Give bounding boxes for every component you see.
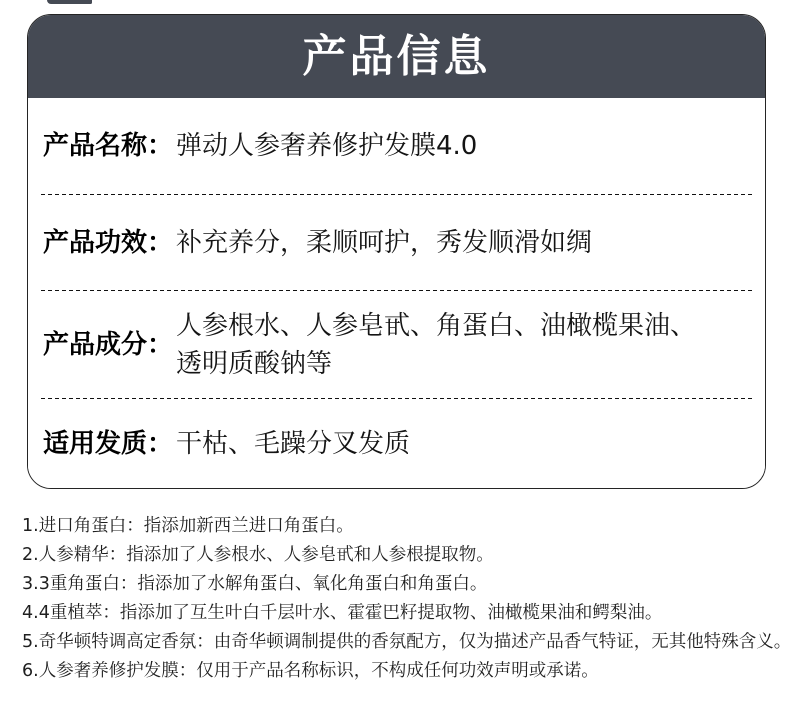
- footnote-6: 6.人参奢养修护发膜：仅用于产品名称标识，不构成任何功效声明或承诺。: [22, 657, 782, 686]
- row-product-name-value: 弹动人参奢养修护发膜4.0: [174, 127, 477, 165]
- card-header: 产品信息: [28, 15, 765, 98]
- product-attribute-list: 产品名称： 弹动人参奢养修护发膜4.0 产品功效： 补充养分，柔顺呵护，秀发顺滑…: [28, 98, 765, 488]
- row-product-ingredients-value: 人参根水、人参皂甙、角蛋白、油橄榄果油、 透明质酸钠等: [174, 307, 696, 383]
- row-suitable-hair-type-label: 适用发质：: [43, 425, 174, 463]
- footnote-4: 4.4重植萃：指添加了互生叶白千层叶水、霍霍巴籽提取物、油橄榄果油和鳄梨油。: [22, 599, 782, 628]
- row-product-name-label: 产品名称：: [43, 127, 174, 165]
- row-suitable-hair-type: 适用发质： 干枯、毛躁分叉发质: [28, 399, 765, 488]
- row-product-effect-label: 产品功效：: [43, 224, 174, 262]
- product-info-page: 产品信息 产品名称： 弹动人参奢养修护发膜4.0 产品功效： 补充养分，柔顺呵护…: [0, 0, 790, 714]
- page-title: 产品信息: [303, 35, 491, 79]
- row-product-ingredients: 产品成分： 人参根水、人参皂甙、角蛋白、油橄榄果油、 透明质酸钠等: [28, 291, 765, 398]
- product-info-card: 产品信息 产品名称： 弹动人参奢养修护发膜4.0 产品功效： 补充养分，柔顺呵护…: [27, 14, 766, 489]
- cropped-element-artifact: [47, 0, 92, 4]
- footnote-5: 5.奇华顿特调高定香氛：由奇华顿调制提供的香氛配方，仅为描述产品香气特证，无其他…: [22, 628, 782, 657]
- row-product-effect: 产品功效： 补充养分，柔顺呵护，秀发顺滑如绸: [28, 195, 765, 290]
- footnote-2: 2.人参精华：指添加了人参根水、人参皂甙和人参根提取物。: [22, 541, 782, 570]
- footnote-1: 1.进口角蛋白：指添加新西兰进口角蛋白。: [22, 512, 782, 541]
- row-product-name: 产品名称： 弹动人参奢养修护发膜4.0: [28, 98, 765, 194]
- footnote-3: 3.3重角蛋白：指添加了水解角蛋白、氧化角蛋白和角蛋白。: [22, 570, 782, 599]
- row-suitable-hair-type-value: 干枯、毛躁分叉发质: [174, 425, 410, 463]
- row-product-ingredients-label: 产品成分：: [43, 326, 174, 364]
- footnotes-block: 1.进口角蛋白：指添加新西兰进口角蛋白。 2.人参精华：指添加了人参根水、人参皂…: [22, 512, 782, 686]
- row-product-effect-value: 补充养分，柔顺呵护，秀发顺滑如绸: [174, 224, 592, 262]
